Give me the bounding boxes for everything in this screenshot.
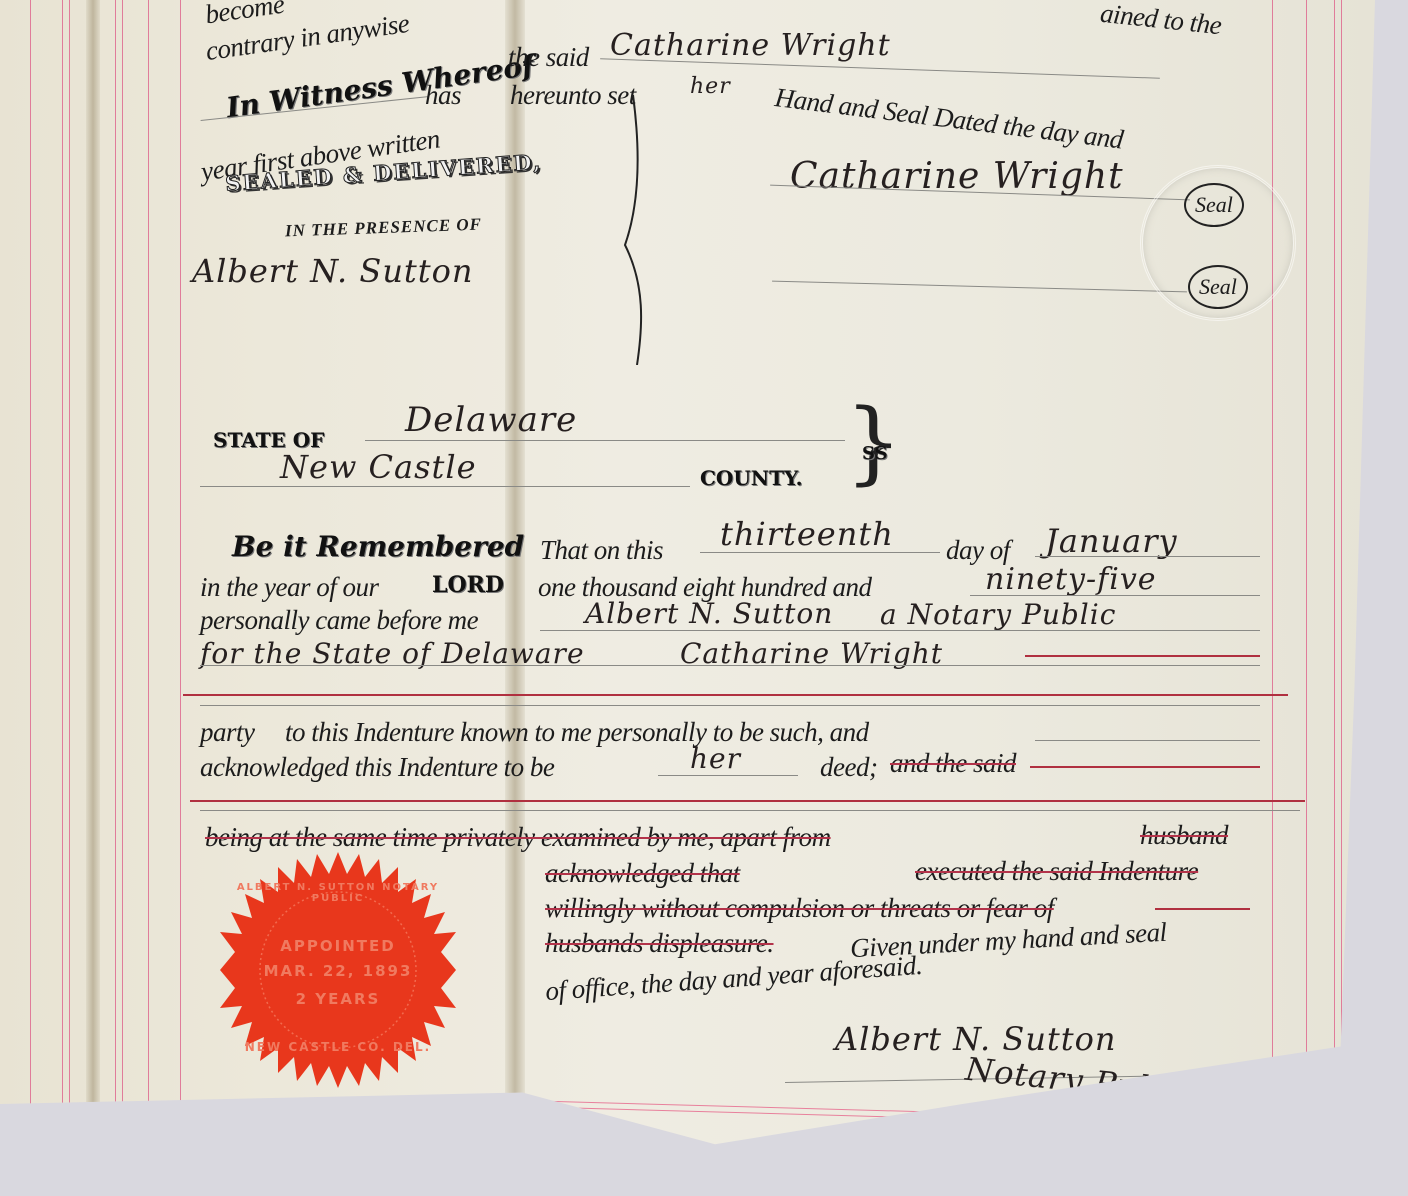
red-fill-line: [183, 694, 1288, 696]
be-it-remembered-heading: Be it Remembered: [232, 530, 524, 563]
pronoun-field: her: [690, 742, 741, 775]
fill-line: [658, 775, 798, 776]
fill-line: [1035, 740, 1260, 741]
grantor-name-field: Catharine Wright: [610, 28, 891, 63]
bottom-rule: [520, 1100, 1375, 1131]
red-fill-line: [1155, 908, 1250, 910]
party-label: party: [200, 717, 255, 748]
seal-term: 2 YEARS: [220, 990, 456, 1008]
struck-clause-husband: husband: [1140, 820, 1228, 851]
struck-clause-line4: husbands displeasure.: [545, 928, 774, 959]
struck-clause-line2: acknowledged that: [545, 858, 740, 889]
seal-appointed: APPOINTED: [220, 937, 456, 955]
struck-clause-line3: willingly without compulsion or threats …: [545, 893, 1054, 924]
day-field: thirteenth: [720, 515, 894, 553]
margin-rule: [30, 0, 31, 1150]
indenture-known-label: to this Indenture known to me personally…: [285, 717, 869, 748]
officer-title-field: a Notary Public: [880, 598, 1116, 631]
fill-line: [1035, 556, 1260, 557]
red-fill-line: [1030, 766, 1260, 768]
fill-line: [970, 595, 1260, 596]
struck-clause-line1: being at the same time privately examine…: [205, 822, 831, 853]
fill-line: [200, 665, 1260, 666]
lord-label: LORD: [432, 572, 504, 598]
struck-clause-line2-end: executed the said Indenture: [915, 856, 1198, 887]
witness-signature: Albert N. Sutton: [192, 252, 474, 290]
fill-line: [200, 810, 1300, 811]
county-field: New Castle: [280, 448, 477, 486]
fill-line: [700, 552, 940, 553]
signature-line: [772, 281, 1187, 293]
top-text-fragment-right: ained to the: [1099, 0, 1223, 41]
notary-title: Notary Public: [964, 1050, 1203, 1113]
fill-line: [365, 440, 845, 441]
deed-label: deed;: [820, 752, 877, 783]
year-of-our-label: in the year of our: [200, 572, 378, 603]
margin-rule-double: [115, 0, 123, 1150]
seal-mark: Seal: [1188, 265, 1248, 309]
bracket-divider: [615, 95, 655, 365]
fill-line: [200, 705, 1260, 706]
struck-text: and the said: [890, 748, 1016, 779]
margin-rule: [148, 0, 149, 1150]
state-field: Delaware: [405, 400, 577, 440]
officer-name-field: Albert N. Sutton: [585, 597, 833, 630]
seal-date: MAR. 22, 1893: [220, 962, 456, 980]
bottom-rule: [0, 1106, 495, 1126]
seal-name: ALBERT N. SUTTON NOTARY PUBLIC: [220, 882, 456, 904]
has-label: has: [425, 80, 461, 111]
red-fill-line: [190, 800, 1305, 802]
fill-line: [540, 630, 1260, 631]
margin-rule-double: [62, 0, 70, 1150]
notary-wax-seal: APPOINTED MAR. 22, 1893 2 YEARS NEW CAST…: [220, 852, 456, 1088]
ss-label: SS: [862, 443, 888, 464]
red-fill-line: [1025, 655, 1260, 657]
seal-mark: Seal: [1184, 183, 1244, 227]
margin-rule: [1272, 0, 1273, 1150]
margin-rule: [180, 0, 181, 1150]
acknowledged-label: acknowledged this Indenture to be: [200, 752, 554, 783]
seal-county: NEW CASTLE CO. DEL.: [220, 1040, 456, 1054]
margin-rule: [1306, 0, 1307, 1150]
document-page: become ained to the contrary in anywise …: [0, 0, 1375, 1150]
the-said-label: the said: [508, 42, 589, 73]
came-before-me-label: personally came before me: [200, 605, 478, 636]
hand-seal-dated-label: Hand and Seal Dated the day and: [773, 82, 1125, 155]
county-label: COUNTY.: [700, 466, 803, 490]
that-on-this-label: That on this: [540, 535, 663, 566]
year-field: ninety-five: [985, 562, 1157, 597]
binding-fold: [86, 0, 100, 1150]
margin-rule-double: [1334, 0, 1342, 1150]
month-field: January: [1045, 522, 1178, 560]
fill-line: [200, 486, 690, 487]
pronoun-field: her: [690, 74, 731, 99]
in-presence-of-label: IN THE PRESENCE OF: [285, 215, 483, 242]
